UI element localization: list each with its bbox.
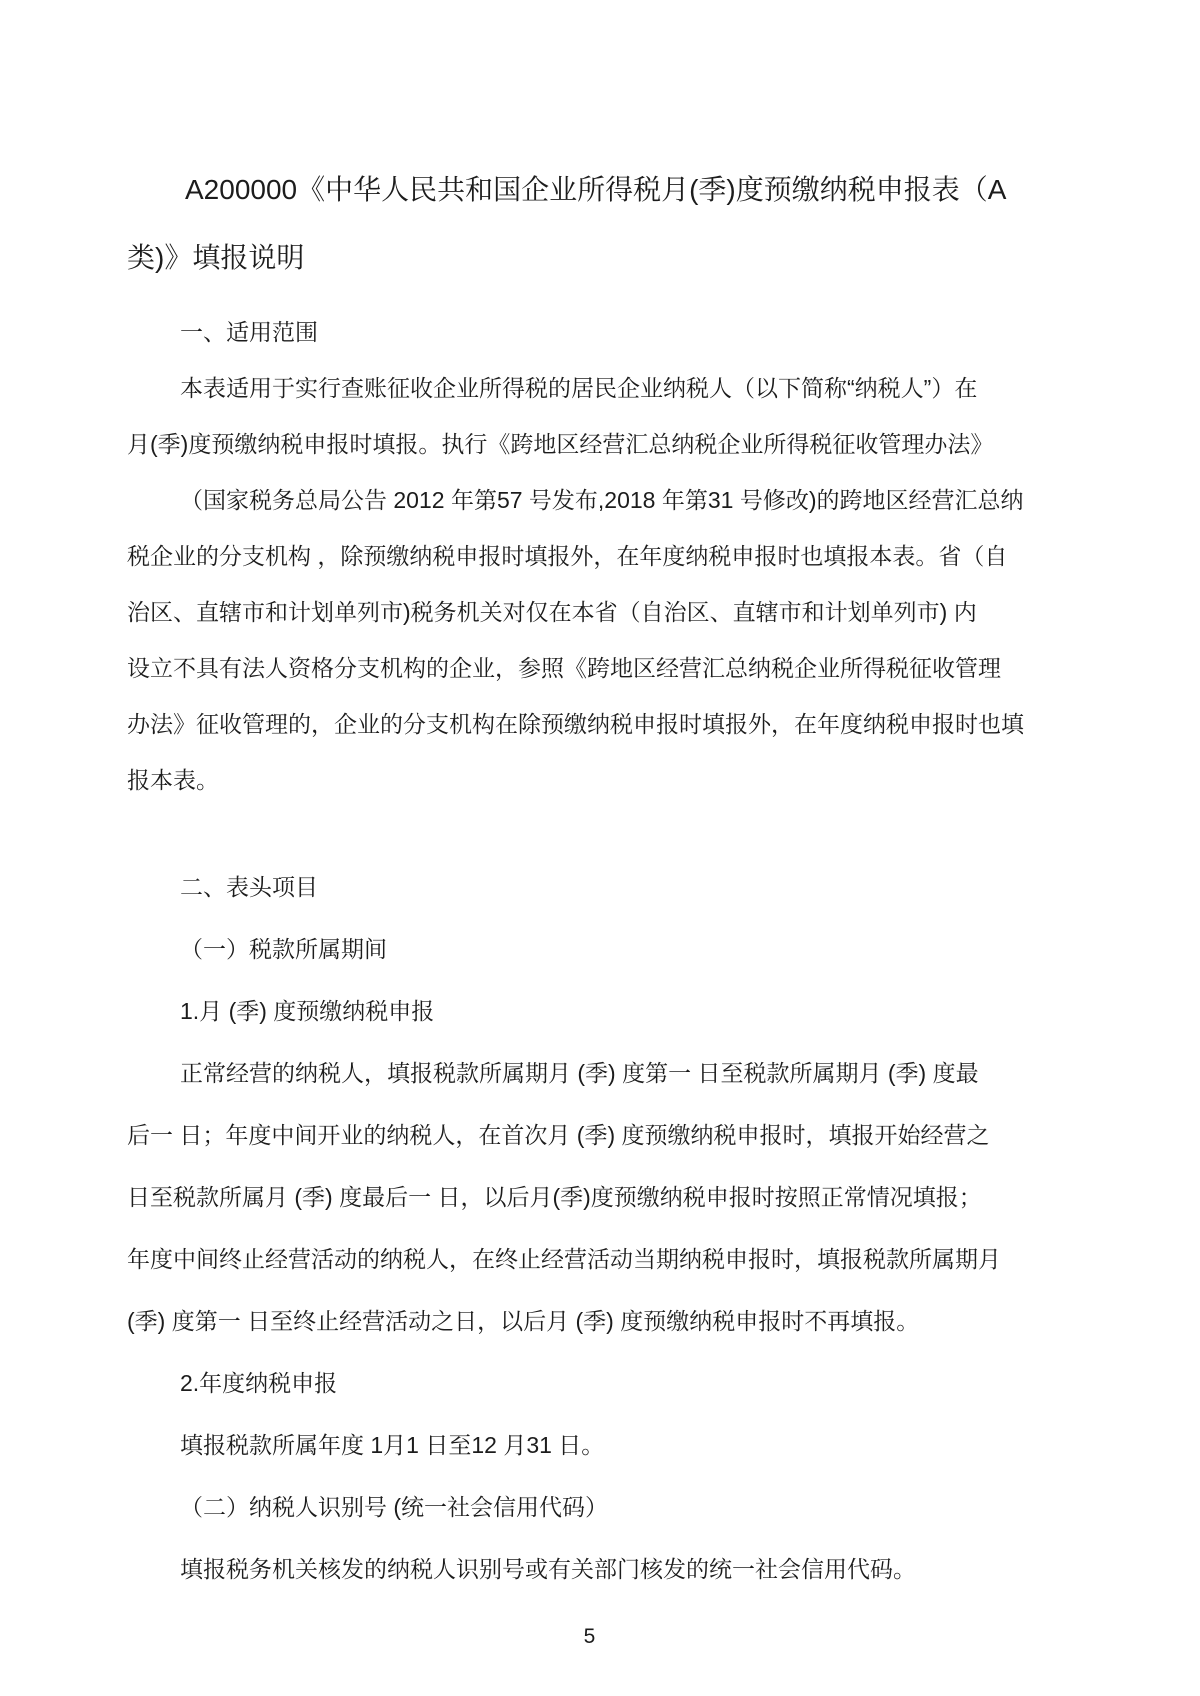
text-line: (季) 度第一 日至终止经营活动之日，以后月 (季) 度预缴纳税申报时不再填报。 [127, 1290, 1115, 1352]
section-applicable-scope: 一、适用范围本表适用于实行查账征收企业所得税的居民企业纳税人（以下简称“纳税人”… [127, 304, 1115, 808]
text-line: 填报税款所属年度 1月1 日至12 月31 日。 [127, 1414, 1115, 1476]
text-line: 1.月 (季) 度预缴纳税申报 [127, 980, 1115, 1042]
page-number: 5 [127, 1622, 1052, 1652]
text-line: （国家税务总局公告 2012 年第57 号发布,2018 年第31 号修改)的跨… [127, 472, 1115, 528]
text-line: 本表适用于实行查账征收企业所得税的居民企业纳税人（以下简称“纳税人”）在 [127, 360, 1115, 416]
text-line: 设立不具有法人资格分支机构的企业，参照《跨地区经营汇总纳税企业所得税征收管理 [127, 640, 1115, 696]
text-line: 2.年度纳税申报 [127, 1352, 1115, 1414]
text-line: 办法》征收管理的，企业的分支机构在除预缴纳税申报时填报外，在年度纳税申报时也填 [127, 696, 1115, 752]
text-line: 月(季)度预缴纳税申报时填报。执行《跨地区经营汇总纳税企业所得税征收管理办法》 [127, 416, 1115, 472]
text-line: 日至税款所属月 (季) 度最后一 日，以后月(季)度预缴纳税申报时按照正常情况填… [127, 1166, 1115, 1228]
text-line: 税企业的分支机构 ，除预缴纳税申报时填报外，在年度纳税申报时也填报本表。省（自 [127, 528, 1115, 584]
text-line: 治区、直辖市和计划单列市)税务机关对仅在本省（自治区、直辖市和计划单列市) 内 [127, 584, 1115, 640]
text-line: 正常经营的纳税人，填报税款所属期月 (季) 度第一 日至税款所属期月 (季) 度… [127, 1042, 1115, 1104]
text-line: 报本表。 [127, 752, 1115, 808]
text-line: A200000《中华人民共和国企业所得税月(季)度预缴纳税申报表（A [127, 156, 1115, 224]
document-title: A200000《中华人民共和国企业所得税月(季)度预缴纳税申报表（A类)》填报说… [127, 156, 1115, 292]
text-line: 填报税务机关核发的纳税人识别号或有关部门核发的统一社会信用代码。 [127, 1538, 1115, 1600]
document-page: A200000《中华人民共和国企业所得税月(季)度预缴纳税申报表（A类)》填报说… [0, 0, 1200, 1696]
text-line: 后一 日；年度中间开业的纳税人，在首次月 (季) 度预缴纳税申报时，填报开始经营… [127, 1104, 1115, 1166]
text-line: （一）税款所属期间 [127, 918, 1115, 980]
text-line: 一、适用范围 [127, 304, 1115, 360]
text-line: 年度中间终止经营活动的纳税人，在终止经营活动当期纳税申报时，填报税款所属期月 [127, 1228, 1115, 1290]
text-line: 类)》填报说明 [127, 224, 1115, 292]
text-line: 二、表头项目 [127, 856, 1115, 918]
text-line: （二）纳税人识别号 (统一社会信用代码） [127, 1476, 1115, 1538]
section-header-items: 二、表头项目（一）税款所属期间1.月 (季) 度预缴纳税申报正常经营的纳税人，填… [127, 856, 1115, 1600]
